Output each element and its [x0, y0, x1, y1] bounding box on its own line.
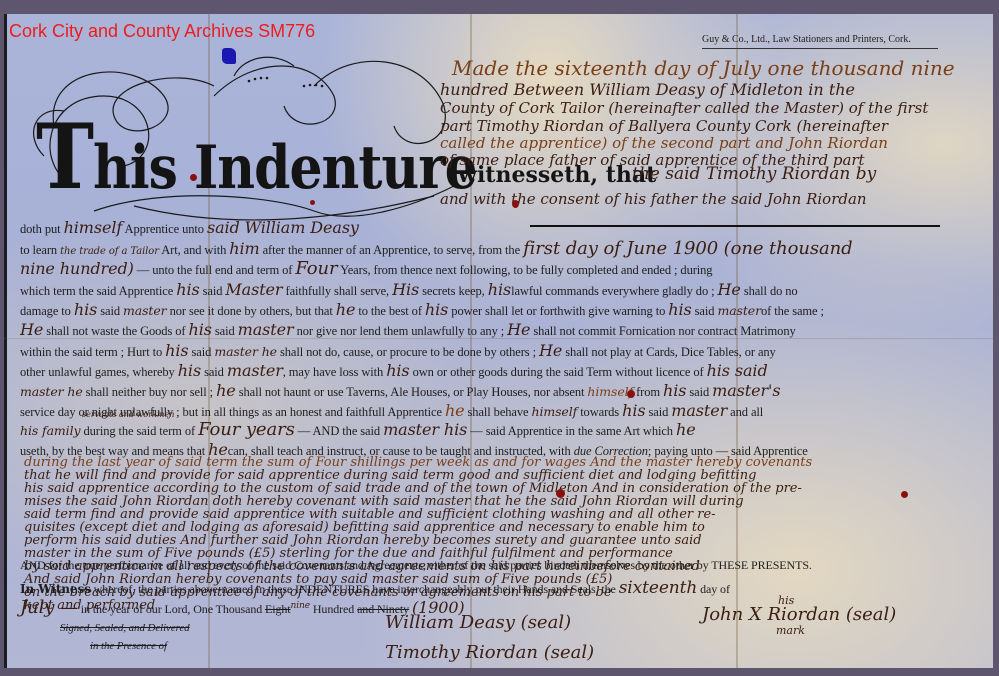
witnesseth-heading: witnesseth, that	[458, 162, 656, 188]
document-title: This Indenture	[36, 105, 477, 210]
preamble-line: called the apprentice) of the second par…	[440, 134, 888, 152]
body-line: other unlawful games, whereby his said m…	[20, 361, 768, 380]
signature-mark: mark	[776, 624, 805, 637]
body-line: damage to his said master nor see it don…	[20, 300, 824, 319]
body-line: within the said term ; Hurt to his said …	[20, 341, 776, 360]
printer-imprint: Guy & Co., Ltd., Law Stationers and Prin…	[702, 34, 911, 45]
red-seal-stain	[190, 174, 197, 181]
preamble-line: County of Cork Tailor (hereinafter calle…	[440, 99, 928, 117]
attestation-line: Signed, Sealed, and Delivered	[60, 622, 190, 634]
witness-clause: the said Timothy Riordan by	[632, 164, 876, 184]
red-seal-stain	[627, 390, 635, 398]
body-line: which term the said Apprentice his said …	[20, 280, 798, 299]
divider	[702, 48, 938, 49]
signature-apprentice: Timothy Riordan (seal)	[385, 642, 594, 663]
preamble-line: Made the sixteenth day of July one thous…	[452, 56, 955, 80]
red-seal-stain	[901, 491, 908, 498]
blank-line	[530, 225, 940, 227]
body-line: his family during the said term of Four …	[20, 419, 696, 440]
body-line: He shall not waste the Goods of his said…	[20, 320, 796, 339]
closing-and-line: AND for the true performance of all and …	[20, 558, 812, 573]
body-line: doth put himself Apprentice unto said Wi…	[20, 218, 359, 237]
body-line: to learn the trade of a Tailor Art, and …	[20, 238, 853, 259]
interlined-insert: servants and workmen	[82, 410, 174, 419]
red-seal-stain	[556, 489, 565, 498]
attestation-line: in the Presence of	[90, 640, 167, 652]
body-line: nine hundred) — unto the full end and te…	[20, 258, 712, 279]
preamble-line: hundred Between William Deasy of Midleto…	[440, 80, 855, 99]
in-witness-line: In Witness whereof, the parties above-na…	[20, 578, 730, 598]
preamble-line: part Timothy Riordan of Ballyera County …	[440, 117, 888, 135]
red-seal-stain	[310, 200, 315, 205]
signature-father: John X Riordan (seal)	[702, 604, 896, 625]
red-seal-stain	[512, 200, 519, 208]
signature-master: William Deasy (seal)	[385, 612, 571, 633]
body-line: master he shall neither buy nor sell ; h…	[20, 381, 780, 400]
witness-clause: and with the consent of his father the s…	[440, 190, 867, 208]
